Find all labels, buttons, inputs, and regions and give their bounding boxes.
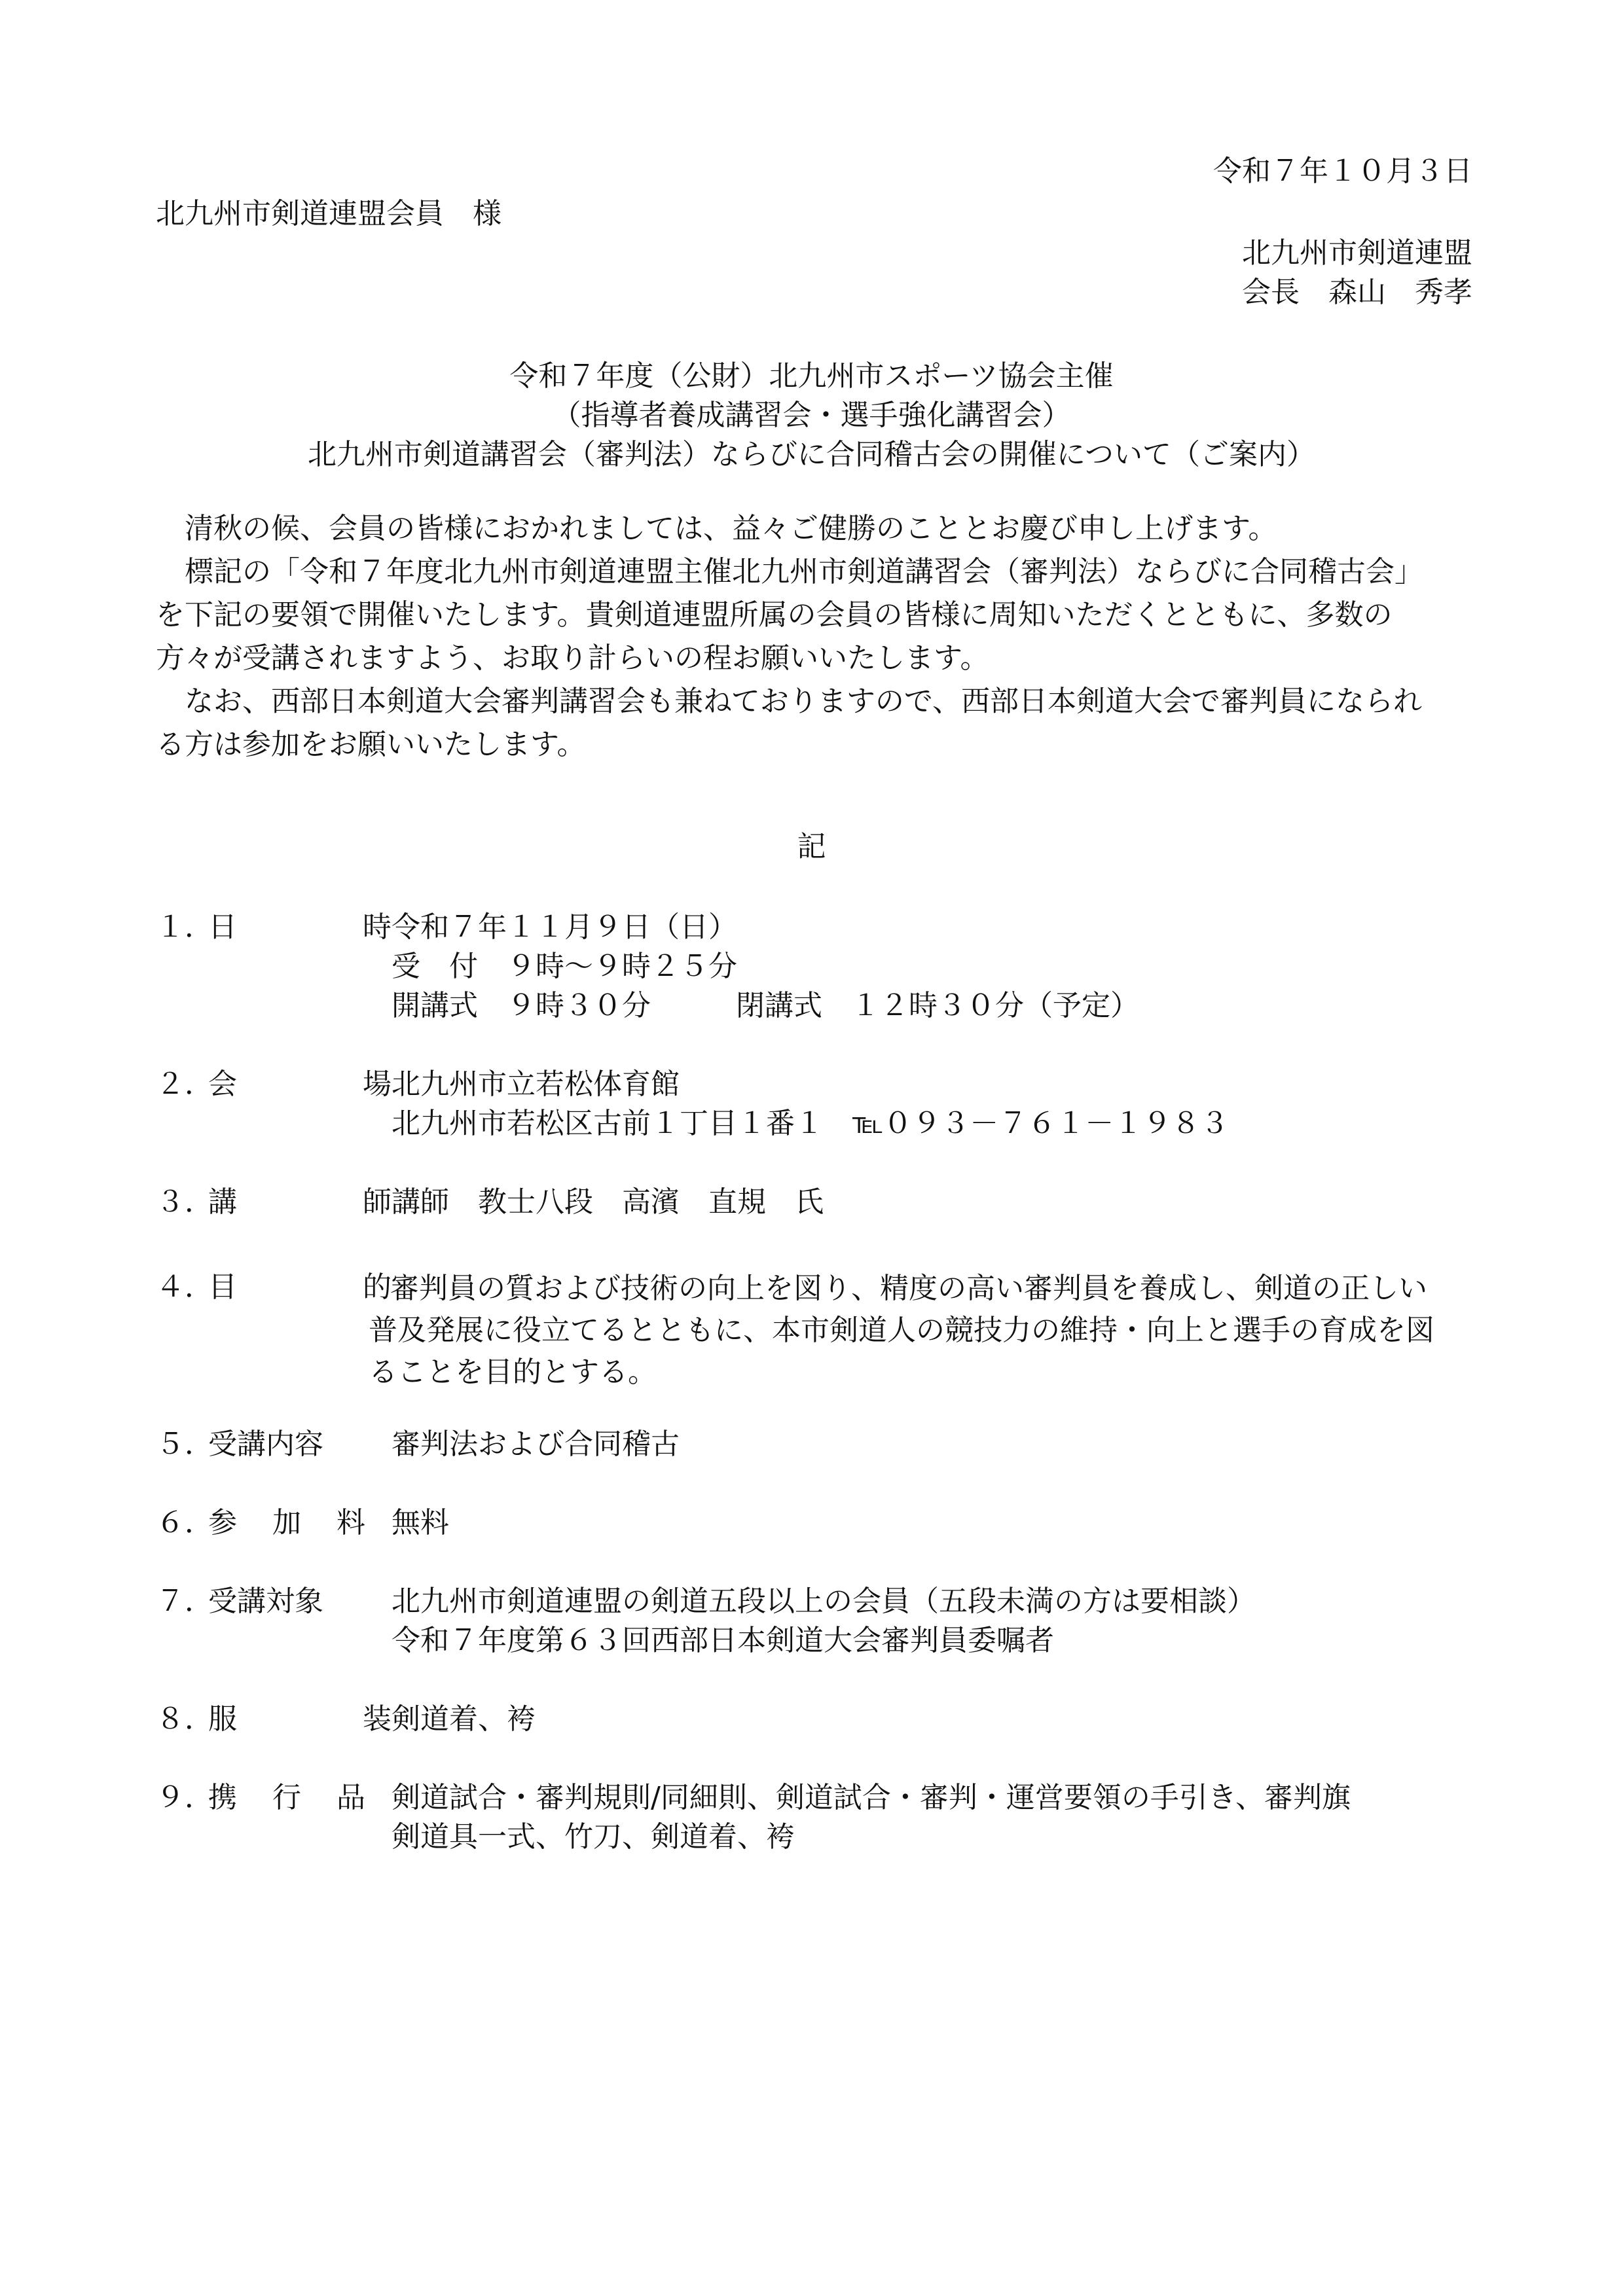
ki-heading: 記 — [0, 833, 1623, 861]
attire-value: 剣道着、袴 — [392, 1700, 536, 1739]
venue-address: 北九州市若松区古前１丁目１番１ ℡０９３－７６１－１９８３ — [392, 1104, 1229, 1143]
sender-organization: 北九州市剣道連盟 — [1242, 239, 1472, 268]
ceremony-times: 開講式 ９時３０分閉講式 １２時３０分（予定） — [392, 986, 1485, 1026]
item-label-char: 場 — [363, 1070, 392, 1099]
item-label: 服 装 — [208, 1705, 392, 1734]
item-label-char: 携 — [208, 1784, 237, 1812]
item-label-char: 時 — [363, 913, 392, 942]
fee-value: 無料 — [392, 1503, 449, 1543]
item-label-char: 日 — [208, 913, 237, 942]
item-content: 審判法および合同稽古 — [392, 1425, 680, 1464]
reception-time: 受 付 ９時～９時２５分 — [392, 947, 1485, 986]
item-number: ６． — [156, 1509, 208, 1537]
item-label-char: 加 — [272, 1509, 301, 1537]
item-content: 無料 — [392, 1503, 449, 1543]
item-label-char: 装 — [363, 1705, 392, 1734]
item-number: ８． — [156, 1705, 208, 1734]
item-label-char: 行 — [272, 1784, 301, 1812]
eligibility-line-1: 北九州市剣道連盟の剣道五段以上の会員（五段未満の方は要相談） — [392, 1582, 1256, 1621]
item-instructor: ３． 講 師 講師 教士八段 高濱 直規 氏 — [156, 1188, 824, 1222]
document-title: 令和７年度（公財）北九州市スポーツ協会主催 （指導者養成講習会・選手強化講習会）… — [0, 357, 1623, 475]
item-attire: ８． 服 装 剣道着、袴 — [156, 1705, 536, 1739]
announcement-line-3: 方々が受講されますよう、お取り計らいの程お願いいたします。 — [156, 637, 1468, 680]
event-date: 令和７年１１月９日（日） — [392, 908, 1485, 947]
document-date: 令和７年１０月３日 — [1213, 157, 1472, 186]
announcement-line-1: 標記の「令和７年度北九州市剣道連盟主催北九州市剣道講習会（審判法）ならびに合同稽… — [156, 550, 1468, 594]
item-course-content: ５． 受講内容 審判法および合同稽古 — [156, 1430, 680, 1464]
item-eligibility: ７． 受講対象 北九州市剣道連盟の剣道五段以上の会員（五段未満の方は要相談） 令… — [156, 1587, 1256, 1660]
purpose-line-2: 普及発展に役立てるとともに、本市剣道人の競技力の維持・向上と選手の育成を図 — [369, 1310, 1434, 1352]
item-label-char: 料 — [337, 1509, 365, 1537]
title-line-3: 北九州市剣道講習会（審判法）ならびに合同稽古会の開催について（ご案内） — [0, 435, 1623, 475]
eligibility-line-2: 令和７年度第６３回西部日本剣道大会審判員委嘱者 — [392, 1621, 1256, 1660]
item-content: 剣道着、袴 — [392, 1700, 536, 1739]
greeting-paragraph: 清秋の候、会員の皆様におかれましては、益々ご健勝のこととお慶び申し上げます。 — [156, 507, 1468, 550]
item-label-char: 会 — [208, 1070, 237, 1099]
body-text: 清秋の候、会員の皆様におかれましては、益々ご健勝のこととお慶び申し上げます。 標… — [156, 507, 1468, 766]
item-content: 北九州市立若松体育館 北九州市若松区古前１丁目１番１ ℡０９３－７６１－１９８３ — [392, 1065, 1229, 1143]
item-label: 日 時 — [208, 913, 392, 942]
item-number: ７． — [156, 1587, 208, 1616]
sender-name: 会長 森山 秀孝 — [1242, 278, 1472, 307]
item-label-char: 講 — [208, 1188, 237, 1217]
item-content: 北九州市剣道連盟の剣道五段以上の会員（五段未満の方は要相談） 令和７年度第６３回… — [392, 1582, 1256, 1660]
item-label: 受講内容 — [208, 1430, 392, 1459]
item-label-char: 服 — [208, 1705, 237, 1734]
title-line-1: 令和７年度（公財）北九州市スポーツ協会主催 — [0, 357, 1623, 396]
item-content: 剣道試合・審判規則/同細則、剣道試合・審判・運営要領の手引き、審判旗 剣道具一式… — [392, 1778, 1351, 1857]
item-label-text: 受講内容 — [208, 1430, 323, 1459]
item-content: 審判員の質および技術の向上を図り、精度の高い審判員を養成し、剣道の正しい 普及発… — [369, 1268, 1434, 1393]
purpose-line-3: ることを目的とする。 — [369, 1352, 1434, 1393]
item-venue: ２． 会 場 北九州市立若松体育館 北九州市若松区古前１丁目１番１ ℡０９３－７… — [156, 1070, 1229, 1143]
item-number: １． — [156, 913, 208, 942]
item-datetime: １． 日 時 令和７年１１月９日（日） 受 付 ９時～９時２５分 開講式 ９時３… — [156, 913, 1485, 1026]
item-label-char: 師 — [363, 1188, 392, 1217]
details-list: １． 日 時 令和７年１１月９日（日） 受 付 ９時～９時２５分 開講式 ９時３… — [156, 913, 1485, 1026]
item-belongings: ９． 携 行 品 剣道試合・審判規則/同細則、剣道試合・審判・運営要領の手引き、… — [156, 1784, 1351, 1857]
item-number: ９． — [156, 1784, 208, 1812]
item-label: 講 師 — [208, 1188, 392, 1217]
note-line-1: なお、西部日本剣道大会審判講習会も兼ねておりますので、西部日本剣道大会で審判員に… — [156, 680, 1468, 723]
item-number: ５． — [156, 1430, 208, 1459]
item-label: 会 場 — [208, 1070, 392, 1099]
item-label-char: 参 — [208, 1509, 237, 1537]
closing-ceremony: 閉講式 １２時３０分（予定） — [736, 989, 1139, 1022]
purpose-line-1: 審判員の質および技術の向上を図り、精度の高い審判員を養成し、剣道の正しい — [369, 1268, 1434, 1310]
addressee: 北九州市剣道連盟会員 様 — [156, 200, 501, 228]
belongings-line-1: 剣道試合・審判規則/同細則、剣道試合・審判・運営要領の手引き、審判旗 — [392, 1778, 1351, 1818]
item-label-text: 受講対象 — [208, 1587, 323, 1616]
item-fee: ６． 参 加 料 無料 — [156, 1509, 449, 1543]
note-line-2: る方は参加をお願いいたします。 — [156, 723, 1468, 766]
instructor-name: 講師 教士八段 高濱 直規 氏 — [392, 1183, 824, 1222]
item-content: 講師 教士八段 高濱 直規 氏 — [392, 1183, 824, 1222]
announcement-line-2: を下記の要領で開催いたします。貴剣道連盟所属の会員の皆様に周知いただくとともに、… — [156, 594, 1468, 637]
item-content: 令和７年１１月９日（日） 受 付 ９時～９時２５分 開講式 ９時３０分閉講式 １… — [392, 908, 1485, 1026]
item-label: 受講対象 — [208, 1587, 392, 1616]
title-line-2: （指導者養成講習会・選手強化講習会） — [0, 396, 1623, 435]
item-number: ２． — [156, 1070, 208, 1099]
item-purpose: ４． 目 的 審判員の質および技術の向上を図り、精度の高い審判員を養成し、剣道の… — [156, 1273, 1434, 1393]
item-label: 目 的 — [208, 1273, 392, 1302]
item-label-char: 目 — [208, 1273, 237, 1302]
item-label-char: 品 — [337, 1784, 365, 1812]
item-number: ４． — [156, 1273, 208, 1302]
venue-name: 北九州市立若松体育館 — [392, 1065, 1229, 1104]
item-number: ３． — [156, 1188, 208, 1217]
opening-ceremony: 開講式 ９時３０分 — [392, 989, 651, 1022]
item-label: 携 行 品 — [208, 1784, 365, 1812]
belongings-line-2: 剣道具一式、竹刀、剣道着、袴 — [392, 1818, 1351, 1857]
item-label: 参 加 料 — [208, 1509, 365, 1537]
course-content: 審判法および合同稽古 — [392, 1425, 680, 1464]
